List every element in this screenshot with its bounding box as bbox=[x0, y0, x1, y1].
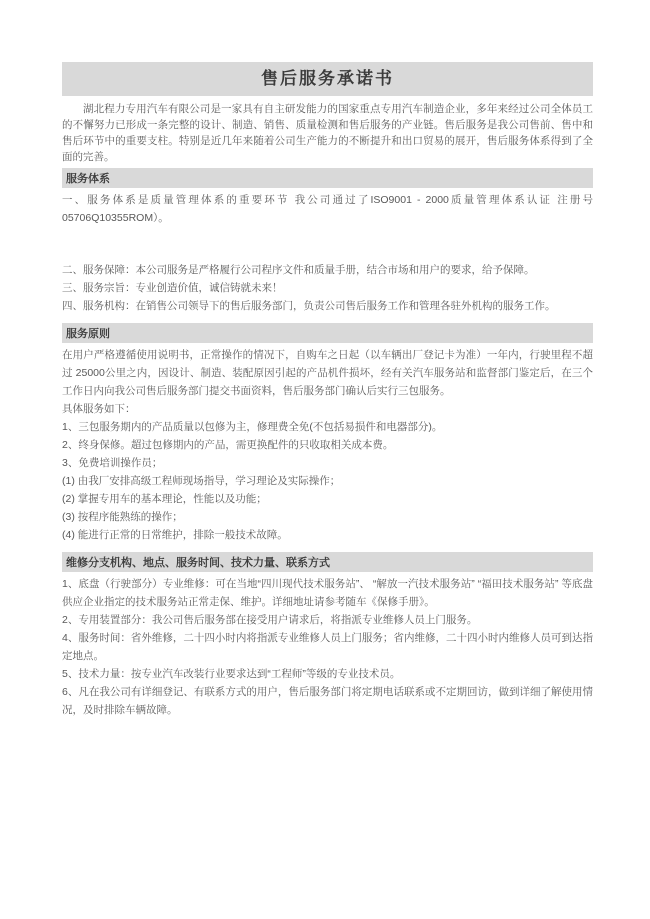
section-header-service-system: 服务体系 bbox=[62, 168, 593, 188]
list-item: 2、专用装置部分：我公司售后服务部在接受用户请求后，将指派专业维修人员上门服务。 bbox=[62, 611, 593, 629]
section-header-label: 维修分支机构、地点、服务时间、技术力量、联系方式 bbox=[66, 557, 330, 569]
list-item: (3) 按程序能熟练的操作； bbox=[62, 508, 593, 526]
section-paragraph: 在用户严格遵循使用说明书，正常操作的情况下，自购车之日起（以车辆出厂登记卡为准）… bbox=[62, 346, 593, 400]
list-item: 2、终身保修。超过包修期内的产品，需更换配件的只收取相关成本费。 bbox=[62, 436, 593, 454]
list-item: 6、凡在我公司有详细登记、有联系方式的用户，售后服务部门将定期电话联系或不定期回… bbox=[62, 683, 593, 719]
list-item: 4、服务时间：省外维修，二十四小时内将指派专业维修人员上门服务；省内维修，二十四… bbox=[62, 629, 593, 665]
subheading: 具体服务如下： bbox=[62, 400, 593, 418]
list-item: 二、服务保障：本公司服务是严格履行公司程序文件和质量手册，结合市场和用户的要求，… bbox=[62, 261, 593, 279]
list-item: 三、服务宗旨：专业创造价值，诚信铸就未来！ bbox=[62, 279, 593, 297]
list-item: (2) 掌握专用车的基本理论，性能以及功能； bbox=[62, 490, 593, 508]
document-page: 售后服务承诺书 湖北程力专用汽车有限公司是一家具有自主研发能力的国家重点专用汽车… bbox=[0, 0, 650, 719]
section-header-repair-branches: 维修分支机构、地点、服务时间、技术力量、联系方式 bbox=[62, 552, 593, 572]
list-item: 1、三包服务期内的产品质量以包修为主，修理费全免(不包括易损件和电器部分)。 bbox=[62, 418, 593, 436]
section-header-label: 服务原则 bbox=[66, 328, 110, 340]
list-item: (4) 能进行正常的日常维护，排除一般技术故障。 bbox=[62, 526, 593, 544]
document-title: 售后服务承诺书 bbox=[261, 69, 394, 88]
document-title-bar: 售后服务承诺书 bbox=[62, 62, 593, 96]
list-item: 1、底盘（行驶部分）专业维修：可在当地“四川现代技术服务站”、 “解放一汽技术服… bbox=[62, 575, 593, 611]
intro-paragraph: 湖北程力专用汽车有限公司是一家具有自主研发能力的国家重点专用汽车制造企业，多年来… bbox=[62, 101, 593, 165]
section-header-label: 服务体系 bbox=[66, 173, 110, 185]
list-item: 一、服务体系是质量管理体系的重要环节 我公司通过了ISO9001 - 2000质… bbox=[62, 191, 593, 227]
list-item: (1) 由我厂安排高级工程师现场指导，学习理论及实际操作； bbox=[62, 472, 593, 490]
blank-gap bbox=[62, 227, 593, 261]
section-header-service-principles: 服务原则 bbox=[62, 323, 593, 343]
list-item: 四、服务机构：在销售公司领导下的售后服务部门，负责公司售后服务工作和管理各驻外机… bbox=[62, 297, 593, 315]
list-item: 3、免费培训操作员； bbox=[62, 454, 593, 472]
list-item: 5、技术力量：按专业汽车改装行业要求达到“工程师”等级的专业技术员。 bbox=[62, 665, 593, 683]
